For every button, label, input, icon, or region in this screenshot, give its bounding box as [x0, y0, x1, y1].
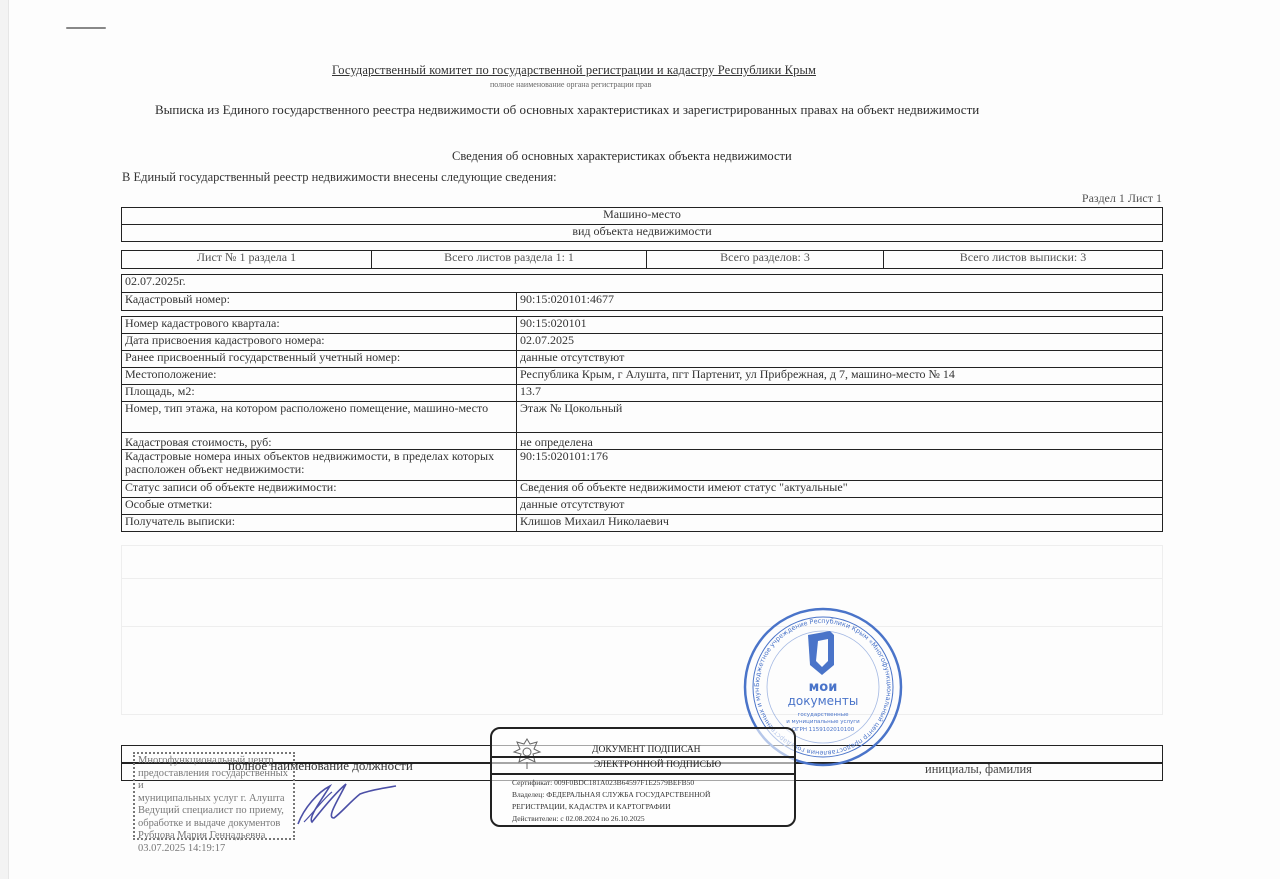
- cadastral-number-label: Кадастровый номер:: [122, 293, 517, 311]
- svg-text:мои: мои: [809, 680, 838, 695]
- sections-total: Всего разделов: 3: [647, 251, 884, 269]
- table-row: Получатель выписки:Клишов Михаил Николае…: [122, 515, 1163, 532]
- cadastral-number-value: 90:15:020101:4677: [517, 293, 1163, 311]
- characteristics-table: Номер кадастрового квартала:90:15:020101…: [121, 316, 1163, 532]
- table-row: Кадастровая стоимость, руб:не определена: [122, 433, 1163, 450]
- table-row: Ранее присвоенный государственный учетны…: [122, 351, 1163, 368]
- extract-date: 02.07.2025г.: [122, 275, 1163, 293]
- certificate-owner-cont: РЕГИСТРАЦИИ, КАДАСТРА И КАРТОГРАФИИ: [512, 802, 671, 811]
- scan-mark: [66, 27, 106, 29]
- handwritten-signature: [290, 772, 400, 832]
- section-sheets-total: Всего листов раздела 1: 1: [372, 251, 647, 269]
- certificate-number: Сертификат: 009F0BDC181A023B64597F1E2579…: [512, 778, 694, 787]
- svg-text:и муниципальные услуги: и муниципальные услуги: [786, 719, 860, 725]
- certificate-validity: Действителен: с 02.08.2024 по 26.10.2025: [512, 814, 645, 823]
- extract-sheets-total: Всего листов выписки: 3: [884, 251, 1163, 269]
- table-row: Местоположение:Республика Крым, г Алушта…: [122, 368, 1163, 385]
- mfc-specialist-stamp: Многофункциональный центр предоставления…: [133, 752, 295, 840]
- signature-title: ДОКУМЕНТ ПОДПИСАН: [592, 745, 701, 755]
- table-row: Номер, тип этажа, на котором расположено…: [122, 402, 1163, 433]
- svg-text:государственные: государственные: [798, 712, 850, 718]
- authority-caption: полное наименование органа регистрации п…: [490, 80, 651, 89]
- table-row: Площадь, м2:13.7: [122, 385, 1163, 402]
- section-title: Сведения об основных характеристиках объ…: [452, 149, 792, 164]
- certificate-owner: Владелец: ФЕДЕРАЛЬНАЯ СЛУЖБА ГОСУДАРСТВЕ…: [512, 790, 710, 799]
- object-type-caption: вид объекта недвижимости: [122, 225, 1163, 242]
- table-row: Кадастровые номера иных объектов недвижи…: [122, 450, 1163, 481]
- date-table: 02.07.2025г. Кадастровый номер: 90:15:02…: [121, 274, 1163, 311]
- table-row: Номер кадастрового квартала:90:15:020101: [122, 317, 1163, 334]
- svg-text:ОГРН 1159102010100: ОГРН 1159102010100: [792, 727, 855, 733]
- intro-text: В Единый государственный реестр недвижим…: [122, 170, 557, 185]
- table-row: Дата присвоения кадастрового номера:02.0…: [122, 334, 1163, 351]
- electronic-signature-box: ДОКУМЕНТ ПОДПИСАН ЭЛЕКТРОННОЙ ПОДПИСЬЮ С…: [490, 727, 796, 827]
- sheet-reference: Раздел 1 Лист 1: [1082, 191, 1162, 206]
- svg-text:документы: документы: [788, 694, 859, 708]
- bleed-through-table: [121, 545, 1163, 715]
- pages-table: Лист № 1 раздела 1 Всего листов раздела …: [121, 250, 1163, 269]
- object-type: Машино-место: [122, 208, 1163, 225]
- sheet-number: Лист № 1 раздела 1: [122, 251, 372, 269]
- eagle-emblem-icon: [510, 735, 544, 771]
- table-row: Особые отметки:данные отсутствуют: [122, 498, 1163, 515]
- table-row: Статус записи об объекте недвижимости:Св…: [122, 481, 1163, 498]
- registration-authority: Государственный комитет по государственн…: [332, 63, 816, 78]
- document-title: Выписка из Единого государственного реес…: [155, 102, 979, 118]
- name-caption: инициалы, фамилия: [925, 762, 1032, 777]
- object-type-table: Машино-место вид объекта недвижимости: [121, 207, 1163, 242]
- signature-subtitle: ЭЛЕКТРОННОЙ ПОДПИСЬЮ: [594, 760, 721, 770]
